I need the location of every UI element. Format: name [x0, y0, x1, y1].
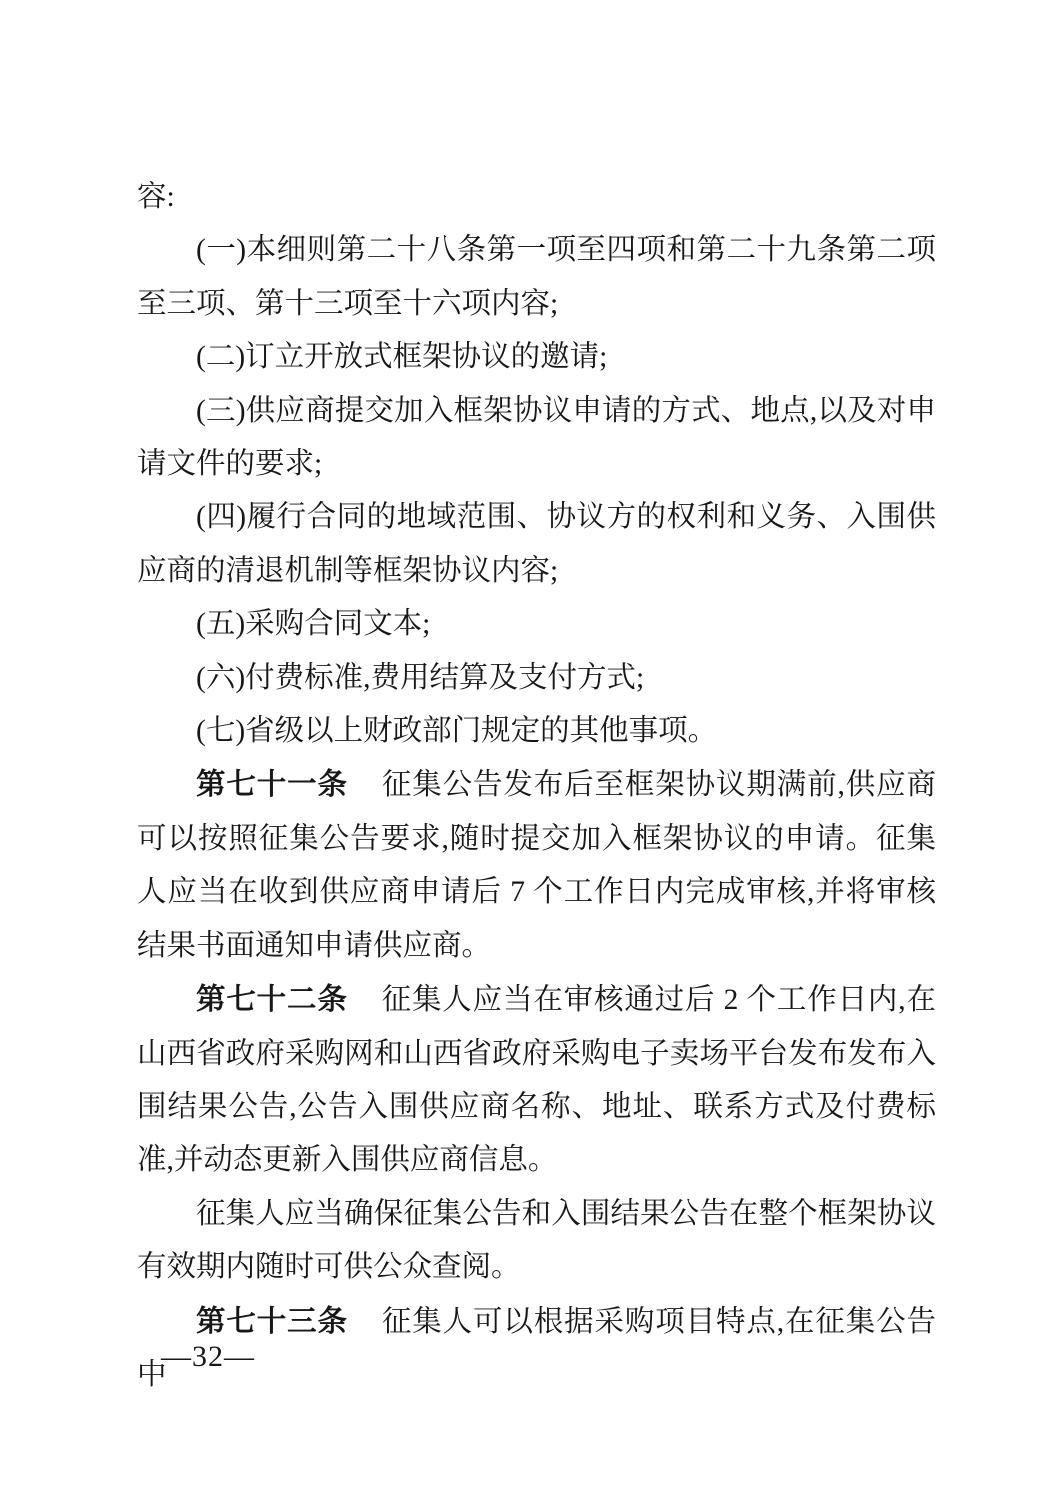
- para-item-2: (二)订立开放式框架协议的邀请;: [137, 331, 936, 384]
- para-continuation: 容:: [137, 171, 936, 224]
- para-item-1: (一)本细则第二十八条第一项至四项和第二十九条第二项至三项、第十三项至十六项内容…: [137, 224, 936, 331]
- para-item-7: (七)省级以上财政部门规定的其他事项。: [137, 705, 936, 758]
- article-71-number: 第七十一条: [196, 768, 348, 801]
- para-article-72: 第七十二条征集人应当在审核通过后 2 个工作日内,在山西省政府采购网和山西省政府…: [137, 973, 936, 1188]
- para-article-73: 第七十三条征集人可以根据采购项目特点,在征集公告中: [137, 1295, 936, 1403]
- para-item-4: (四)履行合同的地域范围、协议方的权利和义务、入围供应商的清退机制等框架协议内容…: [137, 491, 936, 598]
- article-72-number: 第七十二条: [196, 983, 348, 1016]
- document-page: 容: (一)本细则第二十八条第一项至四项和第二十九条第二项至三项、第十三项至十六…: [0, 0, 1060, 1500]
- body-text-block: 容: (一)本细则第二十八条第一项至四项和第二十九条第二项至三项、第十三项至十六…: [137, 171, 936, 1402]
- article-73-number: 第七十三条: [196, 1305, 348, 1338]
- para-item-5: (五)采购合同文本;: [137, 598, 936, 651]
- para-article-72-continued: 征集人应当确保征集公告和入围结果公告在整个框架协议有效期内随时可供公众查阅。: [137, 1188, 936, 1295]
- para-item-3: (三)供应商提交加入框架协议申请的方式、地点,以及对申请文件的要求;: [137, 385, 936, 492]
- para-article-71: 第七十一条征集公告发布后至框架协议期满前,供应商可以按照征集公告要求,随时提交加…: [137, 758, 936, 973]
- para-item-6: (六)付费标准,费用结算及支付方式;: [137, 652, 936, 705]
- page-number: —32—: [161, 1340, 255, 1374]
